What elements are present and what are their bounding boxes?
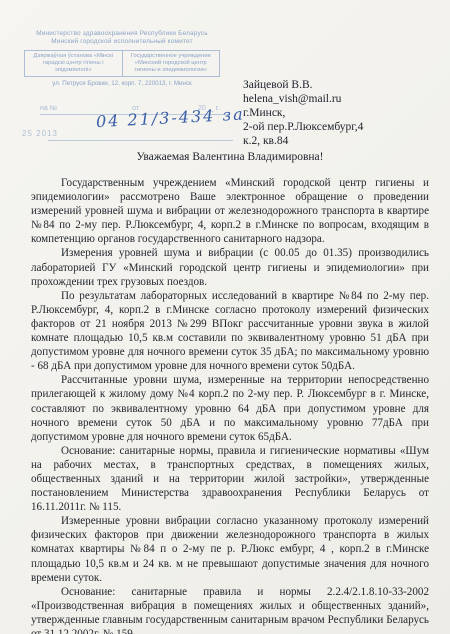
org-name-table: Дзяржаўная ўстанова «Мінскі гарадскі цэн… — [24, 50, 220, 77]
org-address: ул. Петруся Бровки, 12, корп. 7, 220013,… — [24, 80, 220, 88]
recipient-city: г.Минск, — [243, 106, 423, 120]
letter-body: Государственным учреждением «Минский гор… — [31, 176, 429, 634]
paragraph-intro: Государственным учреждением «Минский гор… — [31, 176, 429, 246]
paragraph-basis-vibration: Основание: санитарные правила и нормы 2.… — [31, 585, 429, 634]
scanned-letter-page: Министерство здравоохранения Республики … — [0, 0, 450, 634]
org-name-russian: Государственное учреждение «Минский горо… — [123, 51, 220, 76]
paragraph-basis-noise: Основание: санитарные нормы, правила и г… — [31, 444, 429, 514]
paragraph-lab-results-territory: Рассчитанные уровни шума, измеренные на … — [31, 373, 429, 443]
paragraph-lab-results-indoor: По результатам лабораторных исследований… — [31, 289, 429, 374]
paragraph-vibration: Измеренные уровни вибрации согласно указ… — [31, 514, 429, 584]
reference-underline — [48, 130, 233, 141]
letterhead: Министерство здравоохранения Республики … — [24, 30, 220, 88]
org-name-belarusian: Дзяржаўная ўстанова «Мінскі гарадскі цэн… — [25, 51, 123, 76]
paragraph-measurements: Измерения уровней шума и вибрации (с 00.… — [31, 246, 429, 288]
salutation: Уважаемая Валентина Владимировна! — [32, 151, 428, 163]
received-date-stamp: 25 2013 — [22, 129, 58, 138]
recipient-email: helena_vish@mail.ru — [243, 92, 423, 106]
ministry-name: Министерство здравоохранения Республики … — [24, 30, 220, 38]
executive-committee-name: Минский городской исполнительный комитет — [24, 38, 220, 46]
recipient-street: 2-ой пер.Р.Люксембург,4 — [243, 120, 423, 134]
recipient-block: Зайцевой В.В. helena_vish@mail.ru г.Минс… — [243, 78, 423, 148]
reference-area: на № от 20__ г. 25 2013 04 21/3-434 за — [8, 100, 238, 144]
recipient-apartment: к.2, кв.84 — [243, 134, 423, 148]
ref-na-label: на № — [40, 105, 57, 112]
recipient-name: Зайцевой В.В. — [243, 78, 423, 92]
